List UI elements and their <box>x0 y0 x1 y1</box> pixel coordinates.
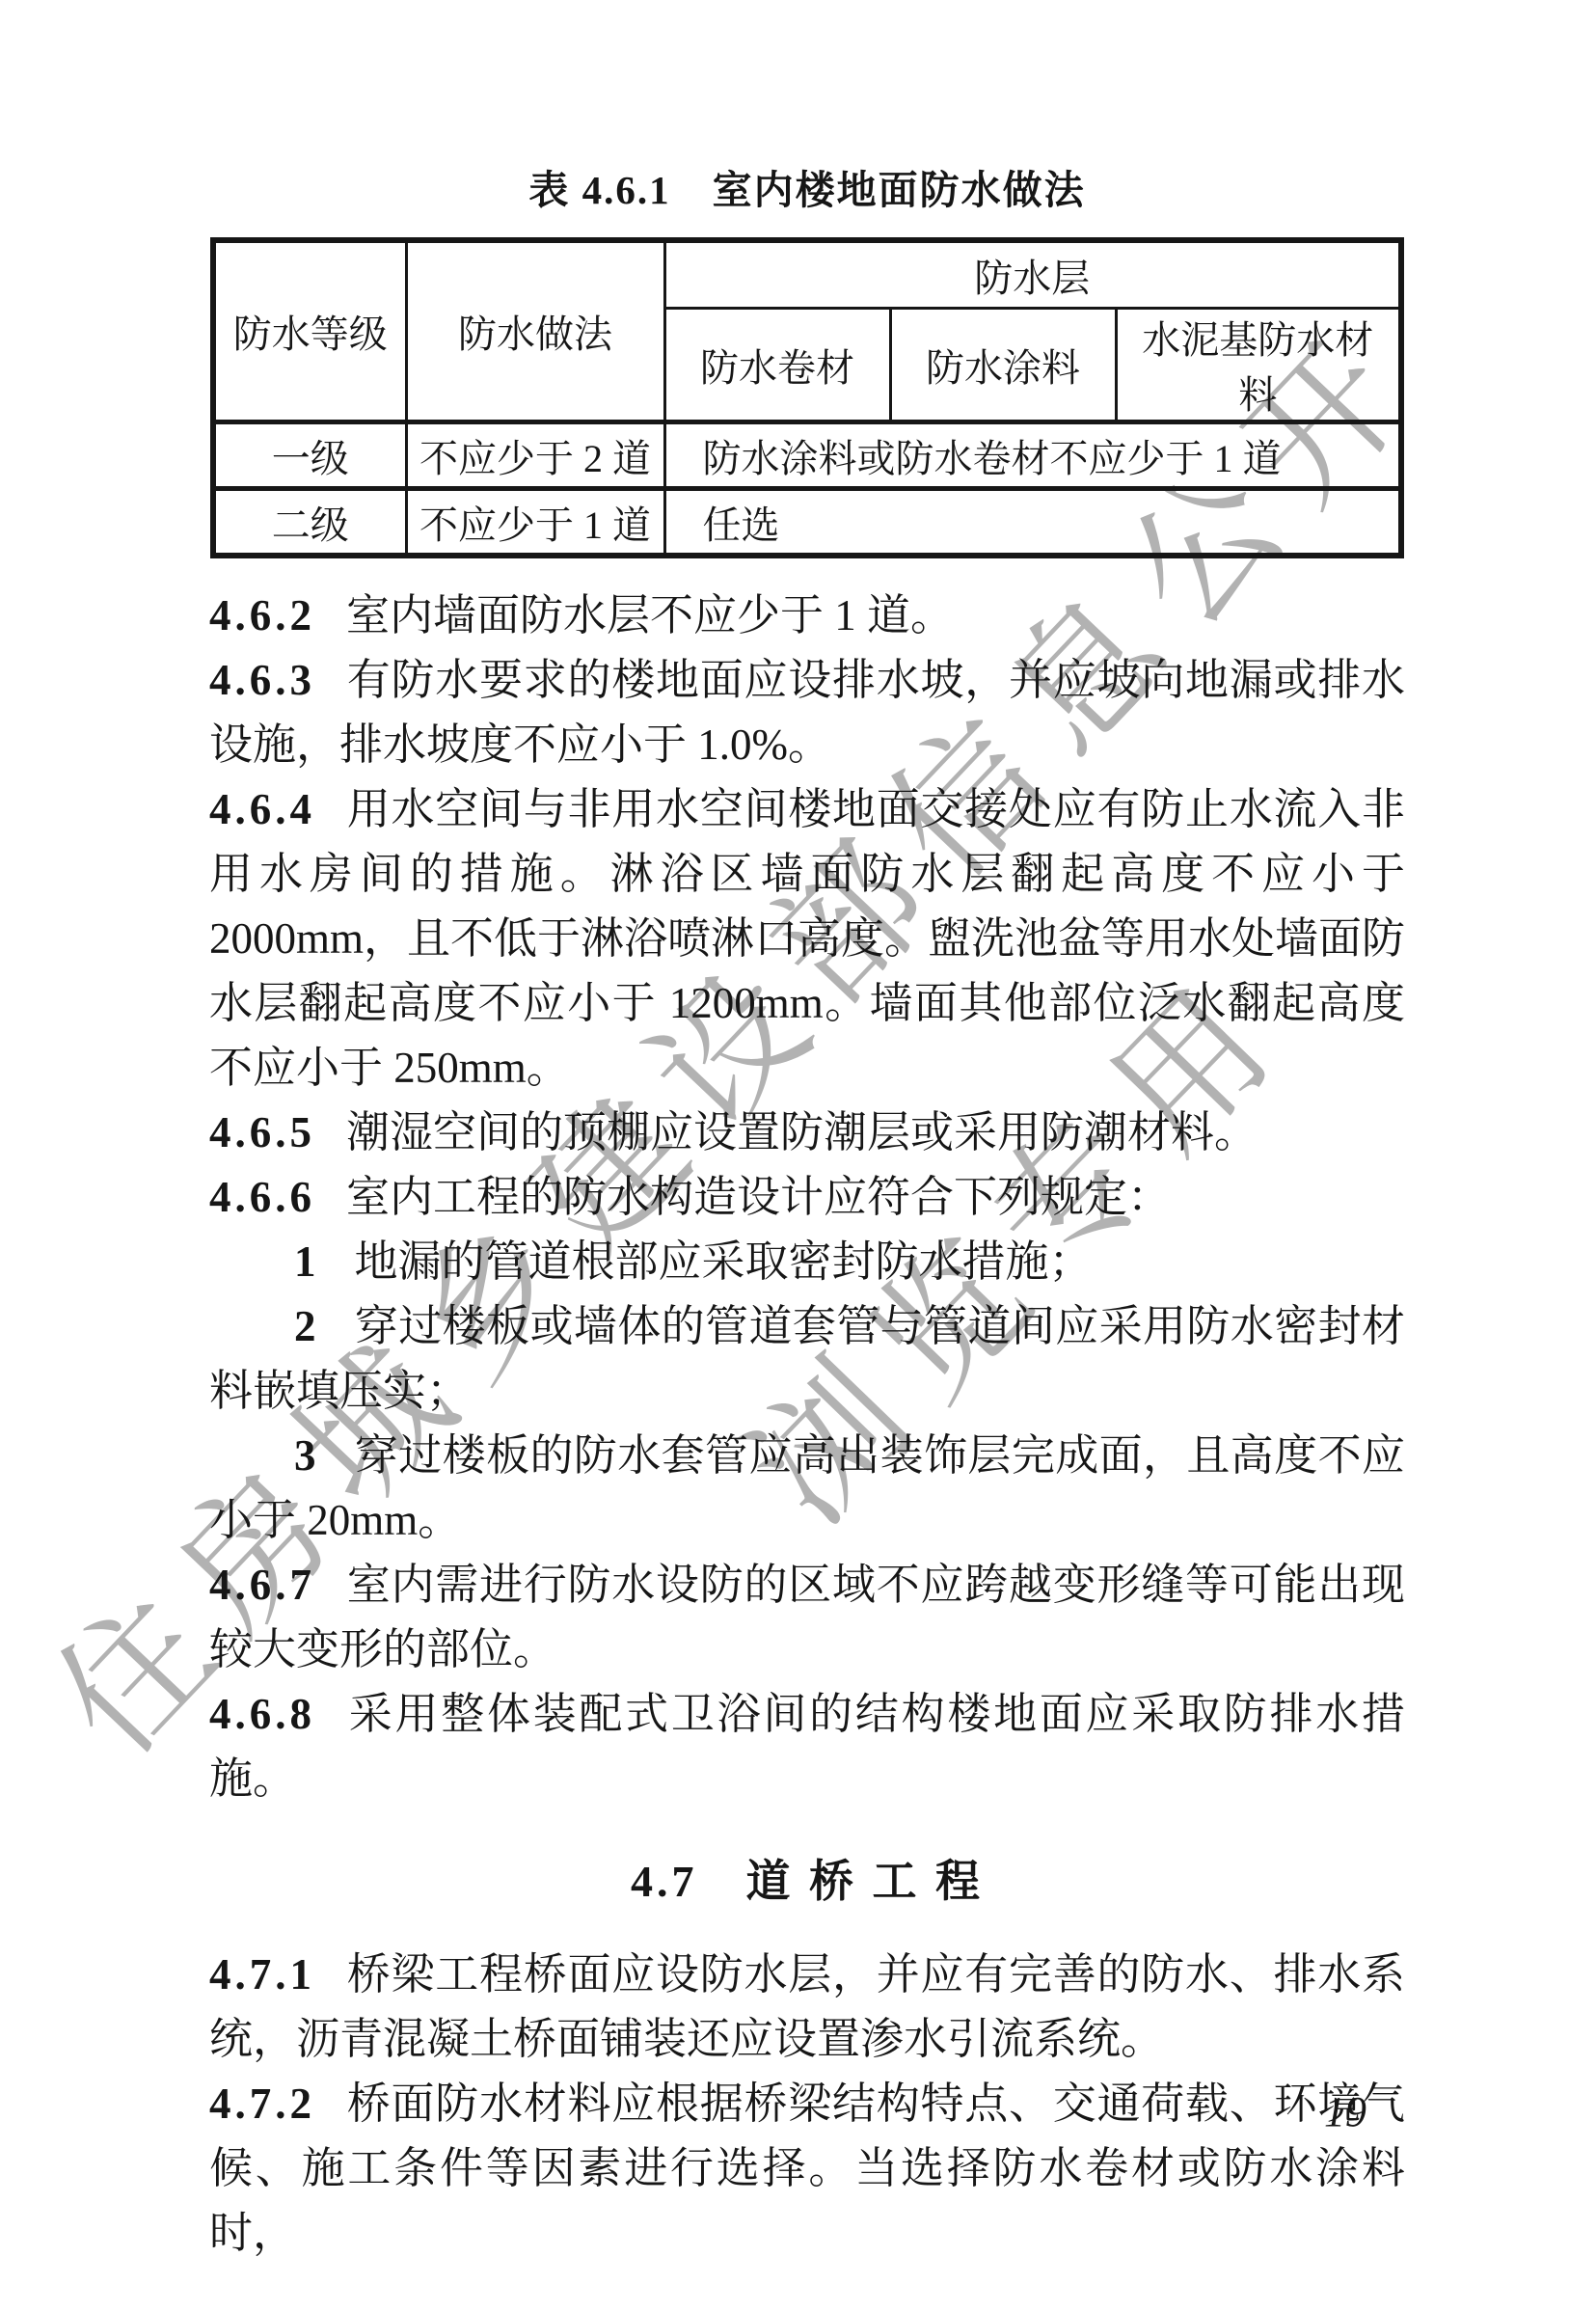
clause-4-6-6-item-3: 3穿过楼板的防水套管应高出装饰层完成面，且高度不应小于 20mm。 <box>209 1424 1405 1553</box>
cell-layer: 任选 <box>664 489 1401 557</box>
clause-4-6-7: 4.6.7室内需进行防水设防的区域不应跨越变形缝等可能出现较大变形的部位。 <box>209 1553 1405 1682</box>
clause-text: 室内工程的防水构造设计应符合下列规定： <box>346 1173 1171 1221</box>
clause-text: 桥面防水材料应根据桥梁结构特点、交通荷载、环境气候、施工条件等因素进行选择。当选… <box>209 2080 1405 2257</box>
clause-text: 室内需进行防水设防的区域不应跨越变形缝等可能出现较大变形的部位。 <box>209 1561 1405 1673</box>
clause-text: 室内墙面防水层不应少于 1 道。 <box>346 591 954 639</box>
clause-number: 4.6.6 <box>209 1173 315 1221</box>
item-number: 1 <box>294 1237 316 1286</box>
header-cell-grade: 防水等级 <box>213 240 406 422</box>
table-caption: 表 4.6.1 室内楼地面防水做法 <box>209 164 1405 216</box>
document-page: 住房城乡建设部信息公开 浏览专用 表 4.6.1 室内楼地面防水做法 防水等级 … <box>0 0 1596 2311</box>
header-cell-membrane: 防水卷材 <box>664 309 890 422</box>
clause-number: 4.6.3 <box>209 656 315 704</box>
clause-text: 采用整体装配式卫浴间的结构楼地面应采取防排水措施。 <box>209 1690 1405 1803</box>
header-cell-method: 防水做法 <box>406 240 664 422</box>
clause-number: 4.7.2 <box>209 2080 315 2128</box>
waterproofing-table: 防水等级 防水做法 防水层 防水卷材 防水涂料 水泥基防水材料 一级 不应少于 … <box>210 237 1404 558</box>
clause-4-6-6-item-2: 2穿过楼板或墙体的管道套管与管道间应采用防水密封材料嵌填压实； <box>209 1294 1405 1424</box>
section-heading-4-7: 4.7 道 桥 工 程 <box>209 1852 1405 1912</box>
clause-4-7-2: 4.7.2桥面防水材料应根据桥梁结构特点、交通荷载、环境气候、施工条件等因素进行… <box>209 2072 1405 2266</box>
clause-text: 桥梁工程桥面应设防水层，并应有完善的防水、排水系统，沥青混凝土桥面铺装还应设置渗… <box>209 1950 1405 2063</box>
item-text: 穿过楼板的防水套管应高出装饰层完成面，且高度不应小于 20mm。 <box>209 1431 1405 1544</box>
clauses-block: 4.6.2室内墙面防水层不应少于 1 道。 4.6.3有防水要求的楼地面应设排水… <box>209 584 1405 2266</box>
item-text: 穿过楼板或墙体的管道套管与管道间应采用防水密封材料嵌填压实； <box>209 1302 1405 1415</box>
clause-4-7-1: 4.7.1桥梁工程桥面应设防水层，并应有完善的防水、排水系统，沥青混凝土桥面铺装… <box>209 1943 1405 2072</box>
cell-method: 不应少于 2 道 <box>406 422 664 489</box>
clause-4-6-3: 4.6.3有防水要求的楼地面应设排水坡，并应坡向地漏或排水设施，排水坡度不应小于… <box>209 648 1405 777</box>
clause-text: 潮湿空间的顶棚应设置防潮层或采用防潮材料。 <box>346 1108 1258 1156</box>
item-text: 地漏的管道根部应采取密封防水措施； <box>355 1237 1093 1286</box>
clause-4-6-2: 4.6.2室内墙面防水层不应少于 1 道。 <box>209 584 1405 648</box>
cell-grade: 一级 <box>213 422 406 489</box>
header-cell-coating: 防水涂料 <box>890 309 1116 422</box>
clause-number: 4.6.8 <box>209 1690 315 1738</box>
clause-text: 用水空间与非用水空间楼地面交接处应有防止水流入非用水房间的措施。淋浴区墙面防水层… <box>209 785 1405 1092</box>
header-cell-layer: 防水层 <box>664 240 1401 309</box>
page-number: 19 <box>1324 2087 1366 2136</box>
clause-number: 4.6.2 <box>209 591 315 639</box>
table-header-row-1: 防水等级 防水做法 防水层 <box>213 240 1401 309</box>
clause-4-6-5: 4.6.5潮湿空间的顶棚应设置防潮层或采用防潮材料。 <box>209 1101 1405 1165</box>
table-row: 二级 不应少于 1 道 任选 <box>213 489 1401 557</box>
clause-number: 4.6.5 <box>209 1108 315 1156</box>
cell-method: 不应少于 1 道 <box>406 489 664 557</box>
clause-4-6-6-item-1: 1地漏的管道根部应采取密封防水措施； <box>209 1230 1405 1294</box>
clause-number: 4.6.4 <box>209 785 315 833</box>
clause-4-6-8: 4.6.8采用整体装配式卫浴间的结构楼地面应采取防排水措施。 <box>209 1682 1405 1811</box>
clause-number: 4.7.1 <box>209 1950 315 1998</box>
clause-text: 有防水要求的楼地面应设排水坡，并应坡向地漏或排水设施，排水坡度不应小于 1.0%… <box>209 656 1405 769</box>
table-row: 一级 不应少于 2 道 防水涂料或防水卷材不应少于 1 道 <box>213 422 1401 489</box>
page-content: 表 4.6.1 室内楼地面防水做法 防水等级 防水做法 防水层 防水卷材 防水涂… <box>209 164 1405 2266</box>
cell-grade: 二级 <box>213 489 406 557</box>
clause-4-6-6: 4.6.6室内工程的防水构造设计应符合下列规定： <box>209 1165 1405 1230</box>
header-cell-cementitious: 水泥基防水材料 <box>1116 309 1401 422</box>
clause-number: 4.6.7 <box>209 1561 315 1609</box>
cell-layer: 防水涂料或防水卷材不应少于 1 道 <box>664 422 1401 489</box>
item-number: 3 <box>294 1431 316 1480</box>
clause-4-6-4: 4.6.4用水空间与非用水空间楼地面交接处应有防止水流入非用水房间的措施。淋浴区… <box>209 777 1405 1101</box>
item-number: 2 <box>294 1302 316 1350</box>
